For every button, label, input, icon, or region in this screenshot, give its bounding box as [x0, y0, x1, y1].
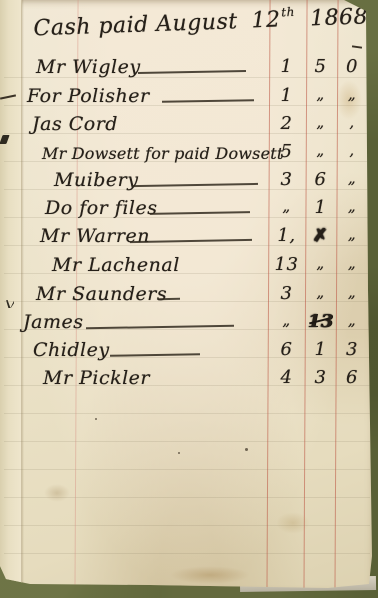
amount-pounds: 3 [268, 169, 305, 190]
amount-shillings: „ [305, 254, 336, 272]
dash-line [86, 325, 234, 330]
dash-line [162, 99, 254, 103]
ink-speck [95, 418, 97, 420]
ledger-row: Mr Saunders 3 „ „ [0, 283, 378, 311]
ledger-row: James „ 13 „ [0, 311, 378, 339]
amount-pounds: 2 [268, 113, 305, 134]
entry-name: Mr Pickler [43, 367, 150, 389]
title-ordinal: th [281, 5, 295, 19]
ledger-row: Chidley 6 1 3 [0, 339, 378, 367]
amount-pounds: 4 [268, 367, 305, 388]
amount-shillings: 6 [305, 169, 336, 190]
dash-line [110, 353, 200, 357]
amount-shillings: „ [305, 283, 336, 301]
paper-stain [170, 566, 250, 584]
entry-name: Chidley [33, 339, 110, 361]
amount-pence: „ [336, 254, 368, 272]
entry-name: Mr Lachenal [52, 254, 180, 276]
entry-name: Do for files [45, 197, 158, 219]
ledger-row: Jas Cord 2 „ , [0, 113, 378, 141]
entry-name: Mr Saunders [36, 283, 167, 305]
amount-shillings: 1 [305, 339, 336, 360]
amount-pounds: 1 [268, 56, 305, 77]
amount-pence: „ [336, 169, 368, 187]
paper-stain [44, 484, 70, 502]
ledger-row: Do for files „ 1 „ [0, 197, 378, 225]
amount-pounds: 13 [268, 254, 305, 275]
title-year: 1868. [310, 4, 376, 31]
amount-shillings: 1 [305, 197, 336, 218]
ledger-row: Mr Wigley 1 5 0 [0, 56, 378, 84]
title-text: Cash paid August [33, 9, 238, 41]
dash-line [150, 211, 250, 215]
title-day: 12 [251, 8, 281, 34]
amount-pence: „ [336, 85, 368, 103]
entry-name: Mr Warren [40, 225, 150, 247]
amount-pounds: 5 [268, 141, 305, 162]
amount-pounds: „ [268, 311, 305, 329]
crossed-out-amount: ✗ [305, 225, 336, 246]
amount-shillings: 5 [305, 56, 336, 77]
amount-pence: 0 [336, 56, 368, 77]
entry-name: James [23, 311, 83, 333]
amount-pounds: 1, [268, 225, 305, 246]
ink-speck [178, 452, 180, 454]
amount-shillings: „ [305, 141, 336, 159]
page-title: Cash paid August12th1868. [33, 4, 376, 41]
ledger-row: For Polisher 1 „ „ [0, 85, 378, 113]
entry-name: Jas Cord [32, 113, 118, 135]
dash-line [132, 183, 258, 187]
amount-pounds: 6 [268, 339, 305, 360]
header-flourish [352, 45, 362, 48]
amount-pence: „ [336, 311, 368, 329]
ink-speck [245, 448, 248, 451]
amount-pence: „ [336, 197, 368, 215]
ledger-row: Mr Warren 1, ✗ „ [0, 225, 378, 253]
amount-pence: „ [336, 225, 368, 243]
amount-pounds: 1 [268, 85, 305, 106]
paper-stain [276, 512, 310, 534]
amount-pence: „ [336, 283, 368, 301]
ledger-photo: Cash paid August12th1868. Mr Wigley 1 5 … [0, 0, 378, 598]
amount-pence: , [336, 113, 368, 131]
amount-shillings: „ [305, 113, 336, 131]
entry-name: For Polisher [27, 85, 150, 107]
entry-name: Mr Dowsett for paid Dowsett [42, 144, 284, 163]
ledger-row: Mr Dowsett for paid Dowsett 5 „ , [0, 141, 378, 169]
ledger-row: Mr Pickler 4 3 6 [0, 367, 378, 395]
amount-pounds: „ [268, 197, 305, 215]
entry-name: Mr Wigley [36, 56, 141, 78]
overwritten-amount: 13 [305, 311, 336, 332]
ledger-row: Mr Lachenal 13 „ „ [0, 254, 378, 282]
amount-pence: 3 [336, 339, 368, 360]
amount-pounds: 3 [268, 283, 305, 304]
ledger-page: Cash paid August12th1868. Mr Wigley 1 5 … [0, 0, 378, 598]
amount-pence: 6 [336, 367, 368, 388]
dash-line [158, 298, 180, 300]
amount-pence: , [336, 141, 368, 159]
amount-shillings: „ [305, 85, 336, 103]
amount-shillings: 3 [305, 367, 336, 388]
ledger-row: Muibery 3 6 „ [0, 169, 378, 197]
entry-name: Muibery [54, 169, 139, 191]
dash-line [138, 70, 246, 74]
